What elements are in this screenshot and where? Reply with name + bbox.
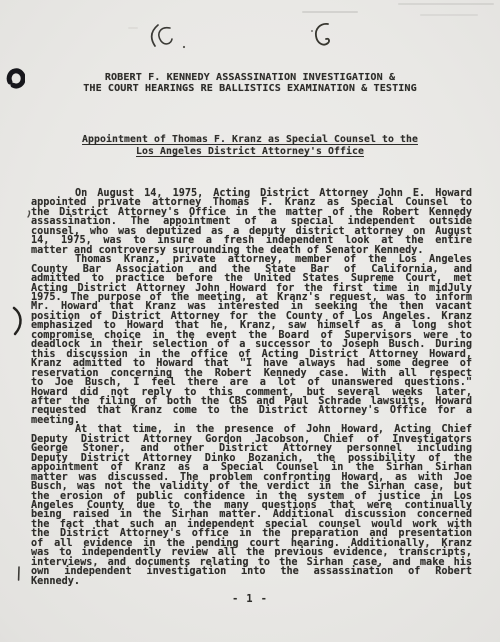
title-line1: Appointment of Thomas F. Kranz as Specia… xyxy=(0,134,500,146)
scan-smudge xyxy=(420,14,478,16)
document-header: ROBERT F. KENNEDY ASSASSINATION INVESTIG… xyxy=(0,72,500,95)
scan-smudge xyxy=(302,11,358,13)
body-line: own independent investigation into the a… xyxy=(31,567,472,576)
body-line: requested that Kranz come to the Distric… xyxy=(31,406,472,415)
header-line2: THE COURT HEARINGS RE BALLISTICS EXAMINA… xyxy=(0,83,500,94)
scanned-document-page: { "page": { "page_number": "- 1 -", "pap… xyxy=(0,0,500,642)
pen-tick-icon xyxy=(16,566,22,582)
handwritten-paren-icon xyxy=(10,306,26,336)
title-line2: Los Angeles District Attorney's Office xyxy=(0,146,500,158)
body-line: Kennedy. xyxy=(31,577,472,586)
handwritten-squiggle-left-icon xyxy=(146,22,188,50)
document-title: Appointment of Thomas F. Kranz as Specia… xyxy=(0,134,500,157)
scan-smudge xyxy=(128,27,138,29)
header-line1: ROBERT F. KENNEDY ASSASSINATION INVESTIG… xyxy=(0,72,500,83)
page-number: - 1 - xyxy=(0,594,500,605)
scan-smudge xyxy=(398,3,494,5)
handwritten-squiggle-right-icon xyxy=(310,20,336,50)
document-body: On August 14, 1975, Acting District Atto… xyxy=(31,189,472,586)
